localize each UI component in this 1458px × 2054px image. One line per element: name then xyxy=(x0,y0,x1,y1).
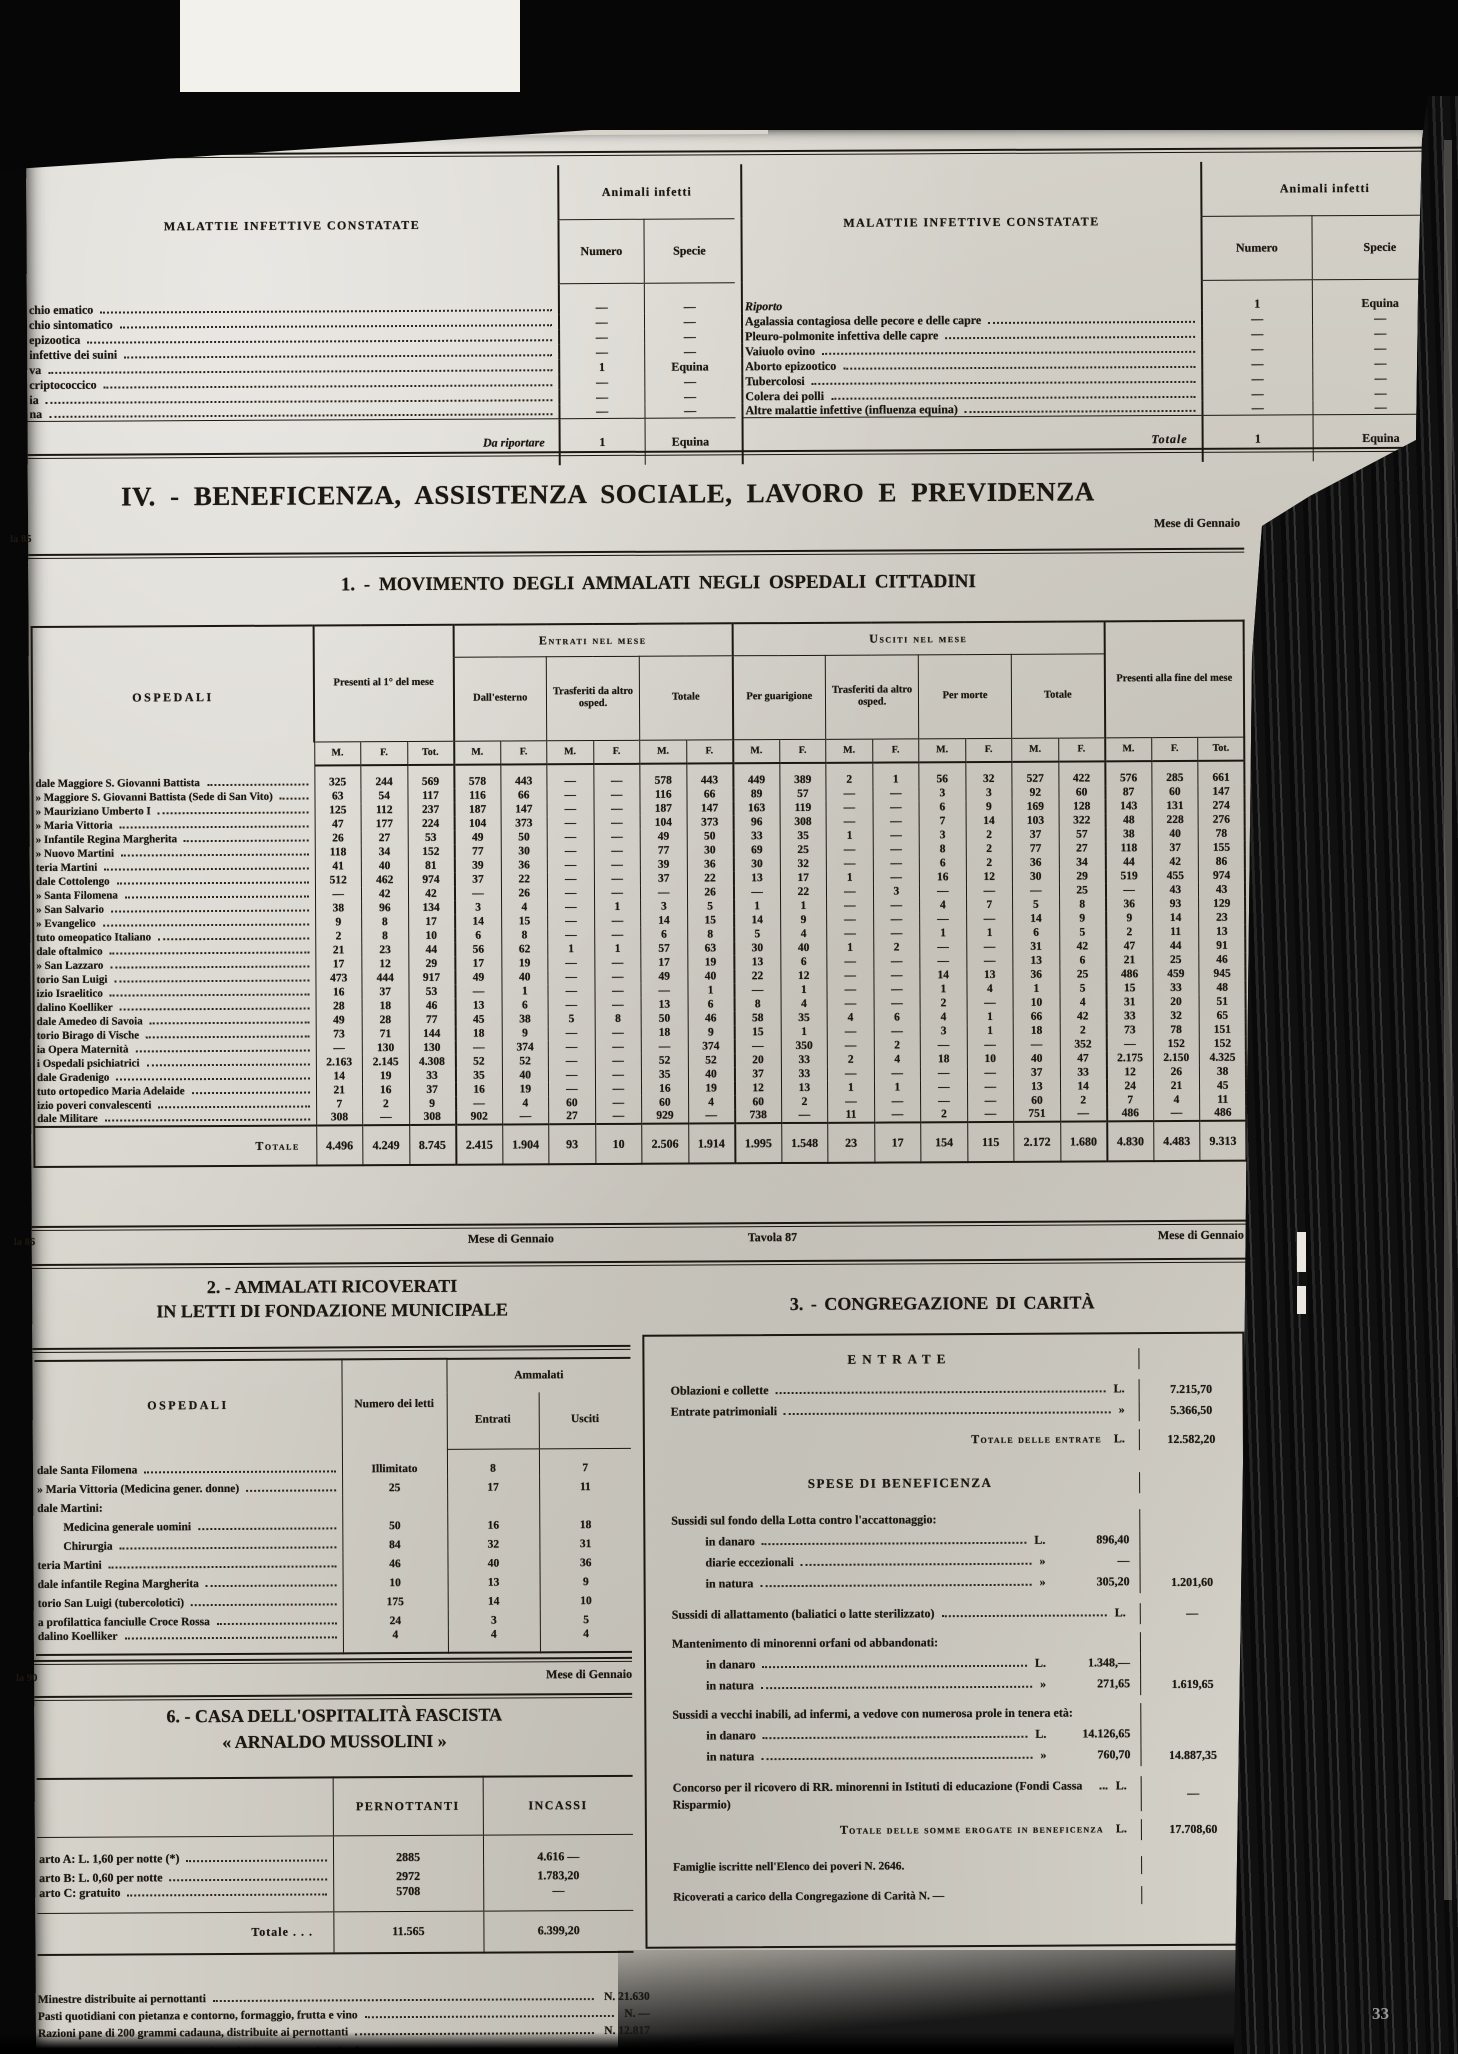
value-cell: — xyxy=(502,1110,549,1124)
value-cell: 40 xyxy=(361,859,408,873)
value-cell: 15 xyxy=(1106,981,1153,995)
currency-label: » xyxy=(1038,1676,1050,1693)
congregazione-box: ENTRATEOblazioni e colletteL.7.215,70Ent… xyxy=(642,1332,1247,1949)
entry-row: Sussidi di allattamento (baliatici o lat… xyxy=(646,1603,1244,1627)
value-cell: 6 xyxy=(455,929,502,943)
numero-cell: 1 xyxy=(559,358,644,373)
value-cell: 4 xyxy=(780,927,827,941)
value-cell: 18 xyxy=(362,999,409,1013)
da-riportare-specie: Equina xyxy=(645,418,736,464)
value-cell: 917 xyxy=(408,971,455,985)
pernottanti-cell: 5708 xyxy=(333,1883,483,1911)
entrati-cell: 17 xyxy=(447,1475,539,1494)
value-cell: 455 xyxy=(1152,869,1199,883)
value-cell: 576 xyxy=(1105,761,1152,785)
value-cell: 4 xyxy=(827,1011,874,1025)
meta-row-86: la 86 Mese di Gennaio xyxy=(14,1231,554,1249)
row-label: » Evangelico xyxy=(36,917,96,930)
riparto-label-cell: arto A: L. 1,60 per notte (*) xyxy=(37,1835,333,1866)
value-cell: 3 xyxy=(641,900,688,914)
value-cell: — xyxy=(594,914,641,928)
value-cell: — xyxy=(734,885,781,899)
value-cell: 52 xyxy=(641,1054,688,1068)
value-cell: 373 xyxy=(501,816,548,830)
value-cell: 77 xyxy=(409,1013,456,1027)
subtotal-cell: 14.887,35 xyxy=(1140,1745,1244,1767)
dot-leader xyxy=(104,384,553,388)
hospital-movement-table: OSPEDALI Presenti al 1° del mese Entrati… xyxy=(31,620,1248,1168)
value-cell: 147 xyxy=(687,801,734,815)
value-cell: — xyxy=(548,970,595,984)
col-numero: Numero xyxy=(1201,215,1311,280)
value-cell: 29 xyxy=(408,957,455,971)
dot-leader xyxy=(246,1489,335,1491)
hospital-name-cell: tuto omeopatico Italiano xyxy=(33,929,315,944)
table-body: dale Santa FilomenaIllimitato87» Maria V… xyxy=(35,1448,632,1655)
row-label: » San Salvario xyxy=(36,903,104,916)
value-cell: 374 xyxy=(688,1039,735,1053)
value-cell: 244 xyxy=(361,765,408,789)
value-cell: — xyxy=(595,1110,642,1124)
subtotal-cell: 17.708,60 xyxy=(1141,1819,1245,1841)
value-cell: 46 xyxy=(409,999,456,1013)
totale-value-cell: 1.680 xyxy=(1060,1121,1107,1161)
entrati-cell: 14 xyxy=(448,1589,540,1608)
value-cell: 60 xyxy=(735,1095,782,1109)
value-cell: 26 xyxy=(501,886,548,900)
value-cell: 13 xyxy=(1013,954,1060,968)
table-row: arto A: L. 1,60 per notte (*)28854.616 — xyxy=(37,1834,633,1867)
value-cell: 81 xyxy=(408,859,455,873)
value-cell: 285 xyxy=(1151,761,1198,785)
usciti-cell: 11 xyxy=(539,1474,631,1493)
numero-cell: — xyxy=(559,283,644,314)
letti-cell xyxy=(342,1494,447,1514)
dot-leader xyxy=(761,1757,1032,1760)
value-cell: 29 xyxy=(1059,869,1106,883)
value-cell: 52 xyxy=(455,1055,502,1069)
letti-cell: 10 xyxy=(343,1570,448,1590)
value-cell: 33 xyxy=(733,829,780,843)
row-label-wrap: tuto omeopatico Italiano xyxy=(36,930,315,944)
value-cell: 40 xyxy=(1152,827,1199,841)
value-cell: 37 xyxy=(362,985,409,999)
subheader-cell: F. xyxy=(593,740,640,764)
totale-value-cell: 115 xyxy=(967,1122,1014,1162)
value-cell: — xyxy=(827,913,874,927)
value-cell: — xyxy=(920,912,967,926)
entry-row: in natura»760,7014.887,35 xyxy=(646,1745,1244,1769)
currency-label: L. xyxy=(1033,1726,1050,1743)
value-cell: 9 xyxy=(409,1097,456,1111)
subtotal-cell xyxy=(1139,1472,1243,1494)
value-cell: 374 xyxy=(502,1040,549,1054)
totale-value-cell: 2.172 xyxy=(1014,1122,1061,1162)
hospital-name-cell: a profilattica fanciulle Croce Rossa xyxy=(36,1609,343,1630)
value-cell: 6 xyxy=(874,1010,921,1024)
value-cell: 486 xyxy=(1107,1107,1154,1121)
value-cell: 116 xyxy=(454,789,501,803)
value-cell: 20 xyxy=(734,1053,781,1067)
usciti-cell: 36 xyxy=(539,1550,631,1569)
dot-leader xyxy=(116,1077,309,1080)
value-cell: 144 xyxy=(409,1027,456,1041)
row-label: torio Birago di Vische xyxy=(37,1029,139,1043)
value-cell: 1 xyxy=(874,1080,921,1094)
value-cell: 486 xyxy=(1106,967,1153,981)
value-cell: 1 xyxy=(966,926,1013,940)
value-cell: 2 xyxy=(874,1038,921,1052)
entry-label: in natura xyxy=(672,1575,754,1592)
dot-leader xyxy=(104,867,308,870)
value-cell: 58 xyxy=(734,1011,781,1025)
value-cell: 16 xyxy=(362,1083,409,1097)
value-cell: 25 xyxy=(1152,953,1199,967)
dot-leader xyxy=(831,395,1195,399)
table-header: MALATTIE INFETTIVE CONSTATATE Animali in… xyxy=(741,161,1448,283)
value-cell: — xyxy=(594,872,641,886)
value-cell: 473 xyxy=(315,971,362,985)
value-cell: 130 xyxy=(409,1041,456,1055)
value-cell: 2.150 xyxy=(1153,1051,1200,1065)
numero-cell: — xyxy=(1202,370,1312,386)
value-cell: — xyxy=(595,1096,642,1110)
value-cell: 9 xyxy=(966,800,1013,814)
value-cell: 25 xyxy=(1059,883,1106,897)
entry-label: Ricoverati a carico della Congregazione … xyxy=(673,1888,944,1906)
value-cell: 462 xyxy=(361,873,408,887)
disease-cell: chio ematico xyxy=(27,283,559,316)
row-label-wrap: » Maggiore S. Giovanni Battista (Sede di… xyxy=(35,790,314,804)
value-cell: 1 xyxy=(1013,982,1060,996)
specie-cell: — xyxy=(644,313,735,328)
value-cell: 130 xyxy=(362,1041,409,1055)
row-label: Tubercolosi xyxy=(745,373,804,387)
value-cell: — xyxy=(315,887,362,901)
table-footer: Da riportare 1 Equina xyxy=(28,418,736,468)
value-cell: — xyxy=(594,956,641,970)
row-label: Medicina generale uomini xyxy=(63,1520,191,1535)
value-cell: 276 xyxy=(1198,813,1245,827)
dot-leader xyxy=(158,937,309,940)
dot-leader xyxy=(217,1622,336,1625)
dot-leader xyxy=(100,309,552,313)
numero-cell: — xyxy=(559,343,644,358)
dot-leader xyxy=(776,1390,1106,1394)
dot-leader xyxy=(87,339,552,343)
value-cell: 8 xyxy=(734,997,781,1011)
value-cell: 12 xyxy=(362,957,409,971)
value-cell: 37 xyxy=(735,1067,782,1081)
value-cell: 350 xyxy=(781,1039,828,1053)
value-cell: 4 xyxy=(688,1095,735,1109)
value-cell: — xyxy=(547,858,594,872)
value-cell: 6 xyxy=(780,955,827,969)
subtotal-cell xyxy=(1140,1703,1244,1725)
value-cell: 2 xyxy=(921,1108,968,1122)
value-cell: 22 xyxy=(734,969,781,983)
entry-main: SPESE DI BENEFICENZA xyxy=(645,1472,1139,1496)
value-cell: — xyxy=(873,814,920,828)
hospital-name-cell: dale Gradenigo xyxy=(34,1069,316,1084)
value-cell: 38 xyxy=(315,901,362,915)
entry-main: Totale delle entrateL. xyxy=(645,1429,1139,1453)
totale-value-cell: 4.496 xyxy=(316,1125,363,1165)
value-cell: — xyxy=(1106,883,1153,897)
value-cell: 60 xyxy=(549,1096,596,1110)
dot-leader xyxy=(110,965,308,968)
rule-under-meta xyxy=(32,1258,1248,1269)
specie-cell: Equina xyxy=(644,358,735,373)
value-cell: 152 xyxy=(408,845,455,859)
hospital-name-cell: Chirurgia xyxy=(35,1533,342,1554)
value-cell: — xyxy=(873,828,920,842)
value-cell: 569 xyxy=(407,765,454,789)
totale-numero: 1 xyxy=(1203,415,1313,462)
value-cell: 224 xyxy=(408,817,455,831)
entry-label: Sussidi di allattamento (baliatici o lat… xyxy=(672,1605,935,1623)
value-cell: — xyxy=(640,886,687,900)
dot-leader xyxy=(822,350,1195,354)
col-group-usciti: Usciti nel mese xyxy=(732,621,1104,655)
numero-cell: — xyxy=(559,403,644,418)
subheader-cell: M. xyxy=(640,740,687,764)
dot-leader xyxy=(49,413,552,418)
row-label-wrap: ia Opera Maternità xyxy=(37,1042,316,1056)
entry-main: Entrate patrimoniali» xyxy=(645,1400,1139,1424)
row-label-wrap: teria Martini xyxy=(36,860,315,874)
entry-main: Mantenimento di minorenni orfani od abba… xyxy=(646,1632,1140,1656)
page-edge-mark xyxy=(1297,1232,1306,1272)
subtotal-cell: — xyxy=(1141,1776,1245,1812)
dot-leader xyxy=(121,853,308,856)
hospital-name-cell: » San Salvario xyxy=(33,901,315,916)
animal-diseases-table-left: MALATTIE INFETTIVE CONSTATATE Animali in… xyxy=(26,164,736,467)
entry-label: Concorso per il ricovero di RR. minorenn… xyxy=(673,1777,1093,1813)
value-cell: 9 xyxy=(502,1026,549,1040)
value-cell: 325 xyxy=(314,765,361,789)
value-cell: 60 xyxy=(642,1096,689,1110)
value-cell: — xyxy=(873,912,920,926)
value-cell: 96 xyxy=(362,901,409,915)
col-per-morte: Per morte xyxy=(918,654,1011,738)
usciti-cell: 7 xyxy=(539,1448,631,1475)
specie-cell: — xyxy=(644,282,735,313)
entry-main: in danaroL.1.348,— xyxy=(646,1653,1140,1677)
value-cell: 237 xyxy=(408,803,455,817)
value-cell: — xyxy=(874,1108,921,1122)
value-cell: 16 xyxy=(642,1082,689,1096)
value-cell: 1 xyxy=(920,926,967,940)
usciti-cell: 18 xyxy=(539,1512,631,1531)
month-label: Mese di Gennaio xyxy=(546,1667,632,1682)
value-cell: 35 xyxy=(641,1068,688,1082)
numero-cell: — xyxy=(559,373,644,388)
value-cell: — xyxy=(873,856,920,870)
currency-label: L. xyxy=(1112,1430,1129,1447)
entry-main: Ricoverati a carico della Congregazione … xyxy=(647,1886,1141,1907)
value-cell: 1 xyxy=(594,900,641,914)
month-label: Mese di Gennaio xyxy=(978,516,1240,532)
value-cell: 10 xyxy=(408,929,455,943)
value-cell: — xyxy=(920,954,967,968)
value-cell: — xyxy=(873,968,920,982)
totale-value-cell: 17 xyxy=(874,1122,921,1162)
hospital-name-cell: dale Militare xyxy=(34,1111,316,1126)
value-cell: 33 xyxy=(781,1067,828,1081)
value-cell: 1 xyxy=(548,942,595,956)
value-cell: 22 xyxy=(687,871,734,885)
value-cell: 56 xyxy=(455,943,502,957)
value-cell: 4 xyxy=(920,1010,967,1024)
entry-label: Entrate patrimoniali xyxy=(671,1403,777,1421)
col-ammalati: Ammalati xyxy=(446,1358,630,1393)
dot-leader xyxy=(124,354,552,358)
dot-leader xyxy=(103,923,309,926)
col-group-entrati: Entrati nel mese xyxy=(453,623,732,656)
value-cell: 11 xyxy=(1200,1093,1247,1107)
value-cell: 2 xyxy=(966,828,1013,842)
value-cell: — xyxy=(594,858,641,872)
value-cell: 26 xyxy=(687,885,734,899)
totale-value-cell: 10 xyxy=(595,1124,642,1164)
entry-main: Sussidi a vecchi inabili, ad infermi, a … xyxy=(646,1703,1140,1727)
value-cell: 738 xyxy=(735,1109,782,1123)
value-cell: 155 xyxy=(1198,841,1245,855)
value-cell: 152 xyxy=(1153,1037,1200,1051)
dot-leader xyxy=(760,1584,1031,1587)
value-cell: 1 xyxy=(828,1081,875,1095)
value-cell: — xyxy=(548,1040,595,1054)
value-cell: — xyxy=(827,1039,874,1053)
footer-label: Minestre distribuite ai pernottanti xyxy=(38,1991,206,2009)
row-label: va xyxy=(29,362,41,376)
row-label-wrap: dale Cottolengo xyxy=(36,874,315,888)
riparto-label-cell: arto B: L. 0,60 per notte xyxy=(37,1865,333,1886)
usciti-cell: 9 xyxy=(540,1569,632,1588)
value-cell: — xyxy=(547,788,594,802)
value-cell: — xyxy=(828,1095,875,1109)
value-cell: 2 xyxy=(315,929,362,943)
value-cell: 16 xyxy=(456,1083,503,1097)
col-malattie: MALATTIE INFETTIVE CONSTATATE xyxy=(26,165,559,286)
table86-title-line1: 2. - AMMALATI RICOVERATI xyxy=(32,1273,632,1300)
subtotal-cell xyxy=(1139,1530,1243,1552)
hospital-name-cell: ia Opera Maternità xyxy=(34,1041,316,1056)
row-label: Aborto epizootico xyxy=(745,358,836,372)
entrati-cell: 32 xyxy=(447,1532,539,1551)
entrati-cell xyxy=(447,1494,539,1513)
entry-label: in danaro xyxy=(671,1533,755,1550)
dot-leader xyxy=(109,1565,336,1568)
value-cell: 54 xyxy=(361,789,408,803)
value-cell: 40 xyxy=(1013,1052,1060,1066)
entry-row: Totale delle entrateL.12.582,20 xyxy=(645,1429,1243,1453)
row-label-wrap: tuto ortopedico Maria Adelaide xyxy=(37,1084,316,1098)
value-cell: 36 xyxy=(1106,897,1153,911)
entry-main: Sussidi di allattamento (baliatici o lat… xyxy=(646,1603,1140,1627)
incassi-cell: 1.783,20 xyxy=(483,1863,633,1883)
value-cell: — xyxy=(547,844,594,858)
col-trasferiti-entrata: Trasferiti da altro osped. xyxy=(546,656,639,740)
row-label-wrap: izio poveri convalescenti xyxy=(37,1098,316,1112)
congregazione-title: 3. - CONGREGAZIONE DI CARITÀ xyxy=(642,1292,1242,1316)
entry-main: Oblazioni e colletteL. xyxy=(645,1379,1139,1403)
row-label: ia Opera Maternità xyxy=(37,1043,129,1056)
entry-row: in natura»305,201.201,60 xyxy=(646,1572,1244,1596)
hospital-name-cell: tuto ortopedico Maria Adelaide xyxy=(34,1083,316,1098)
subheader-cell: M. xyxy=(826,739,873,763)
col-totale-entrati: Totale xyxy=(639,655,733,739)
row-label-wrap: dale Amedeo di Savoia xyxy=(37,1014,316,1028)
value-cell: 443 xyxy=(686,763,733,787)
value-cell: 44 xyxy=(408,943,455,957)
col-numero-letti: Numero dei letti xyxy=(341,1359,446,1450)
value-cell: 33 xyxy=(409,1069,456,1083)
entry-main: Famiglie iscritte nell'Elenco dei poveri… xyxy=(647,1856,1141,1877)
footer-label: Pasti quotidiani con pietanza e contorno… xyxy=(38,2007,358,2026)
value-cell: 118 xyxy=(1105,841,1152,855)
row-label: dale Santa Filomena xyxy=(37,1463,137,1478)
dot-leader xyxy=(812,380,1196,384)
value-cell: 57 xyxy=(780,787,827,801)
subheader-cell: F. xyxy=(500,740,547,764)
col-malattie: MALATTIE INFETTIVE CONSTATATE xyxy=(741,162,1202,282)
value-cell: 8 xyxy=(362,929,409,943)
value-cell: 25 xyxy=(780,843,827,857)
totale-label: Totale . . . xyxy=(37,1911,333,1955)
value-cell: 48 xyxy=(1105,813,1152,827)
value-cell: 31 xyxy=(1106,995,1153,1009)
value-cell: — xyxy=(873,954,920,968)
entry-label: Famiglie iscritte nell'Elenco dei poveri… xyxy=(673,1858,904,1876)
value-cell: 444 xyxy=(362,971,409,985)
value-cell: 352 xyxy=(1060,1037,1107,1051)
value-cell: 26 xyxy=(315,831,362,845)
value-cell: 36 xyxy=(687,857,734,871)
currency-label: » xyxy=(1038,1747,1050,1764)
row-label: Colera dei polli xyxy=(745,388,824,402)
row-label-wrap: dalino Koelliker xyxy=(38,1628,343,1644)
value-cell: 40 xyxy=(502,1068,549,1082)
specie-cell: — xyxy=(644,388,735,403)
value-cell: 63 xyxy=(687,941,734,955)
entry-row: in natura»271,651.619,65 xyxy=(646,1674,1244,1698)
value-cell: 39 xyxy=(454,859,501,873)
totale-value-cell: 23 xyxy=(828,1123,875,1163)
value-cell: 38 xyxy=(1105,827,1152,841)
value-cell: 7 xyxy=(1107,1093,1154,1107)
value-cell: 18 xyxy=(455,1027,502,1041)
entry-label: Oblazioni e collette xyxy=(671,1382,769,1400)
entrati-cell: 13 xyxy=(448,1570,540,1589)
value-cell: 2 xyxy=(1106,925,1153,939)
amount-value: 14.126,65 xyxy=(1050,1725,1130,1742)
value-cell: — xyxy=(921,1094,968,1108)
row-label: teria Martini xyxy=(37,1558,101,1572)
value-cell: 39 xyxy=(640,858,687,872)
entry-main: in danaroL.14.126,65 xyxy=(646,1724,1140,1748)
hospital-name-cell: torio Birago di Vische xyxy=(34,1027,316,1042)
table85-title: 1. - MOVIMENTO DEGLI AMMALATI NEGLI OSPE… xyxy=(208,570,1108,597)
dot-leader xyxy=(763,1736,1028,1739)
hospital-name-cell: dale Cottolengo xyxy=(33,873,315,888)
value-cell: 902 xyxy=(456,1111,503,1125)
value-cell: — xyxy=(967,1108,1014,1122)
value-cell: — xyxy=(873,898,920,912)
value-cell: 10 xyxy=(967,1052,1014,1066)
value-cell: 1 xyxy=(780,899,827,913)
